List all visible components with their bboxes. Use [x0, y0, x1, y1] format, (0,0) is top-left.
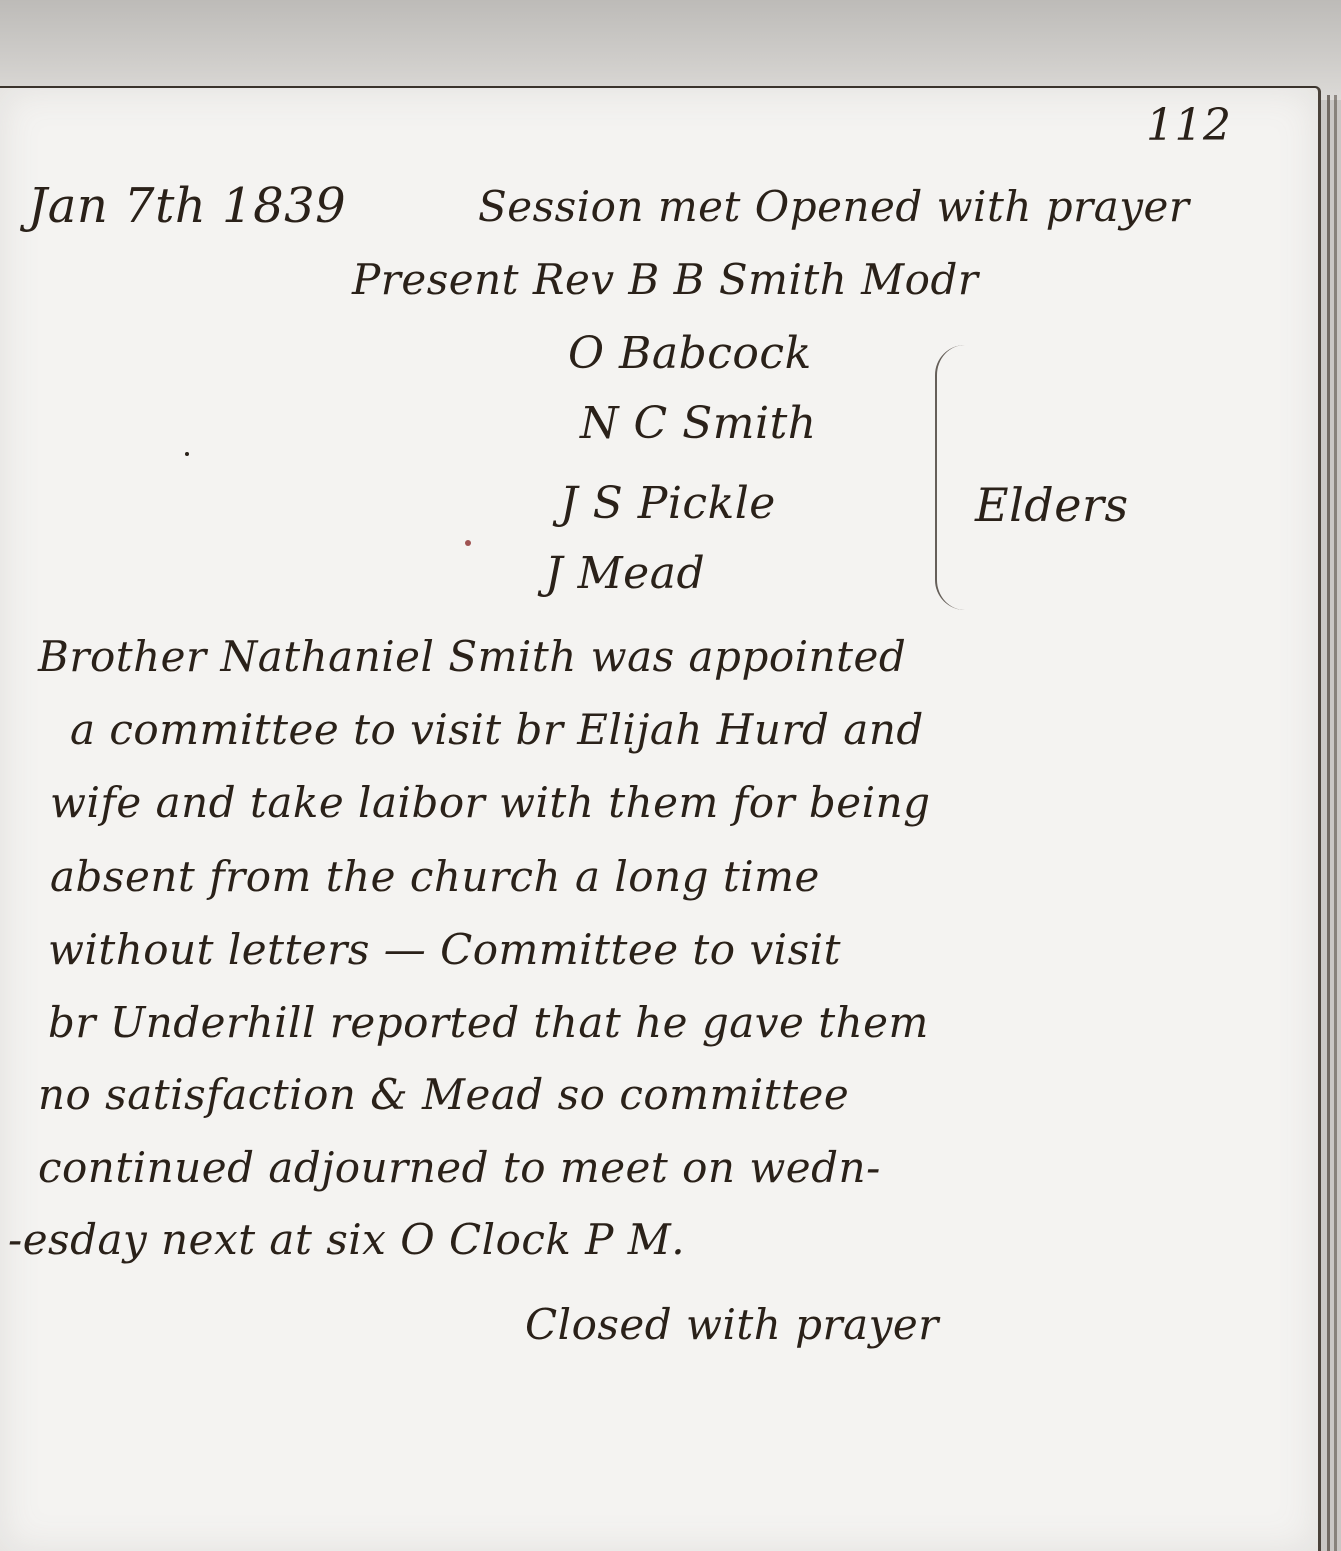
- minutes-line: without letters — Committee to visit: [48, 925, 841, 974]
- ink-dot: [185, 452, 189, 456]
- page-number: 112: [1146, 100, 1231, 151]
- elders-label: Elders: [975, 478, 1129, 532]
- minutes-line: absent from the church a long time: [50, 852, 820, 901]
- entry-date: Jan 7th 1839: [28, 178, 346, 234]
- closing-line: Closed with prayer: [525, 1300, 939, 1349]
- minutes-line: continued adjourned to meet on wedn-: [38, 1143, 881, 1192]
- ink-stain: [465, 540, 471, 546]
- minutes-line: br Underhill reported that he gave them: [48, 998, 929, 1047]
- minutes-line: -esday next at six O Clock P M.: [8, 1215, 685, 1264]
- scan-background: [0, 0, 1341, 100]
- minutes-line: no satisfaction & Mead so committee: [38, 1070, 849, 1119]
- elder-name: O Babcock: [568, 328, 812, 379]
- brace-mark: [935, 345, 965, 610]
- elder-name: J Mead: [545, 548, 705, 599]
- minutes-line: Brother Nathaniel Smith was appointed: [38, 632, 906, 681]
- minutes-line: a committee to visit br Elijah Hurd and: [70, 705, 924, 754]
- present-line: Present Rev B B Smith Modr: [352, 255, 978, 304]
- page-edge-line: [1327, 95, 1330, 1551]
- minutes-line: wife and take laibor with them for being: [50, 778, 931, 827]
- elder-name: J S Pickle: [560, 478, 776, 529]
- elder-name: N C Smith: [580, 398, 817, 449]
- session-opening-line: Session met Opened with prayer: [478, 182, 1189, 231]
- page-edge-line: [1334, 95, 1337, 1551]
